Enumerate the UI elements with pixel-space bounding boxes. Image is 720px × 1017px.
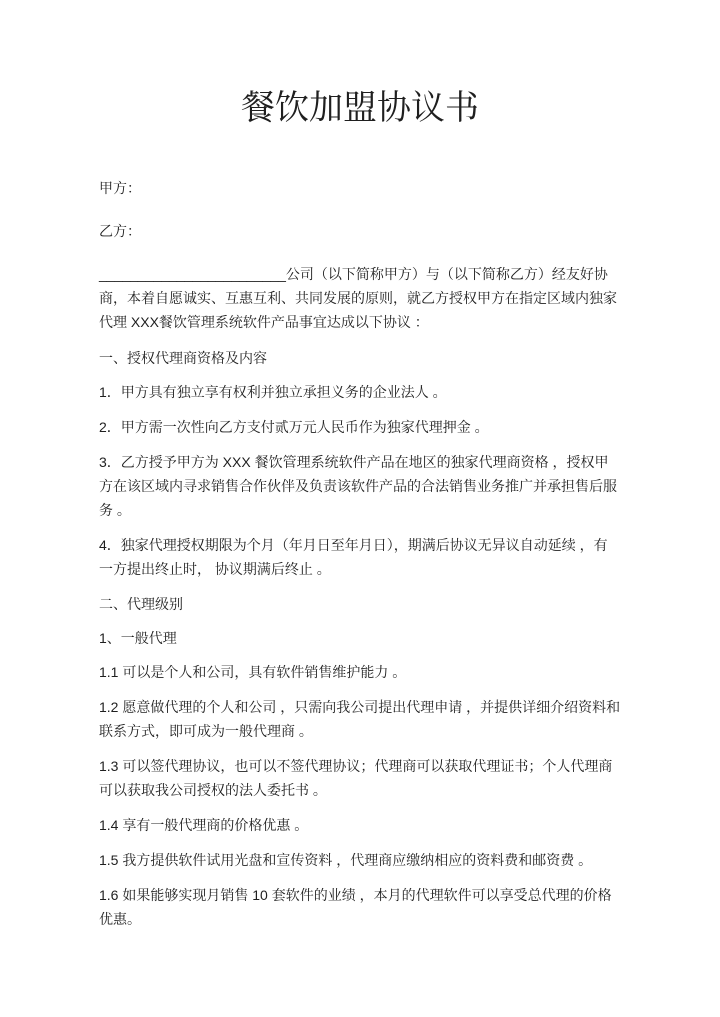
section-1-clause-3: 3．乙方授予甲方为 XXX 餐饮管理系统软件产品在地区的独家代理商资格 ，授权甲…: [99, 450, 621, 522]
section-2-clause-1-6: 1.6 如果能够实现月销售 10 套软件的业绩 ，本月的代理软件可以享受总代理的…: [99, 883, 621, 931]
intro-paragraph: ________________________公司（以下简称甲方）与（以下简称…: [99, 262, 621, 334]
section-1-heading: 一、授权代理商资格及内容: [99, 346, 621, 370]
section-1-clause-1: 1．甲方具有独立享有权利并独立承担义务的企业法人 。: [99, 380, 621, 404]
section-2-subheading: 1、一般代理: [99, 626, 621, 650]
party-a-line: 甲方：: [99, 176, 621, 200]
section-2-clause-1-4: 1.4 享有一般代理商的价格优惠 。: [99, 813, 621, 837]
section-2-clause-1-1: 1.1 可以是个人和公司，具有软件销售维护能力 。: [99, 660, 621, 684]
section-2-clause-1-2: 1.2 愿意做代理的个人和公司 ，只需向我公司提出代理申请 ，并提供详细介绍资料…: [99, 695, 621, 743]
section-1-clause-2: 2．甲方需一次性向乙方支付贰万元人民币作为独家代理押金 。: [99, 415, 621, 439]
section-2-heading: 二、代理级别: [99, 592, 621, 616]
party-b-line: 乙方：: [99, 219, 621, 243]
section-2-clause-1-3: 1.3 可以签代理协议，也可以不签代理协议；代理商可以获取代理证书；个人代理商可…: [99, 754, 621, 802]
section-2-clause-1-5: 1.5 我方提供软件试用光盘和宣传资料 ，代理商应缴纳相应的资料费和邮资费 。: [99, 848, 621, 872]
document-title: 餐饮加盟协议书: [99, 86, 621, 132]
document-page: 餐饮加盟协议书 甲方： 乙方： ________________________…: [0, 0, 720, 1017]
section-1-clause-4: 4．独家代理授权期限为个月（年月日至年月日），期满后协议无异议自动延续 ，有一方…: [99, 533, 621, 581]
